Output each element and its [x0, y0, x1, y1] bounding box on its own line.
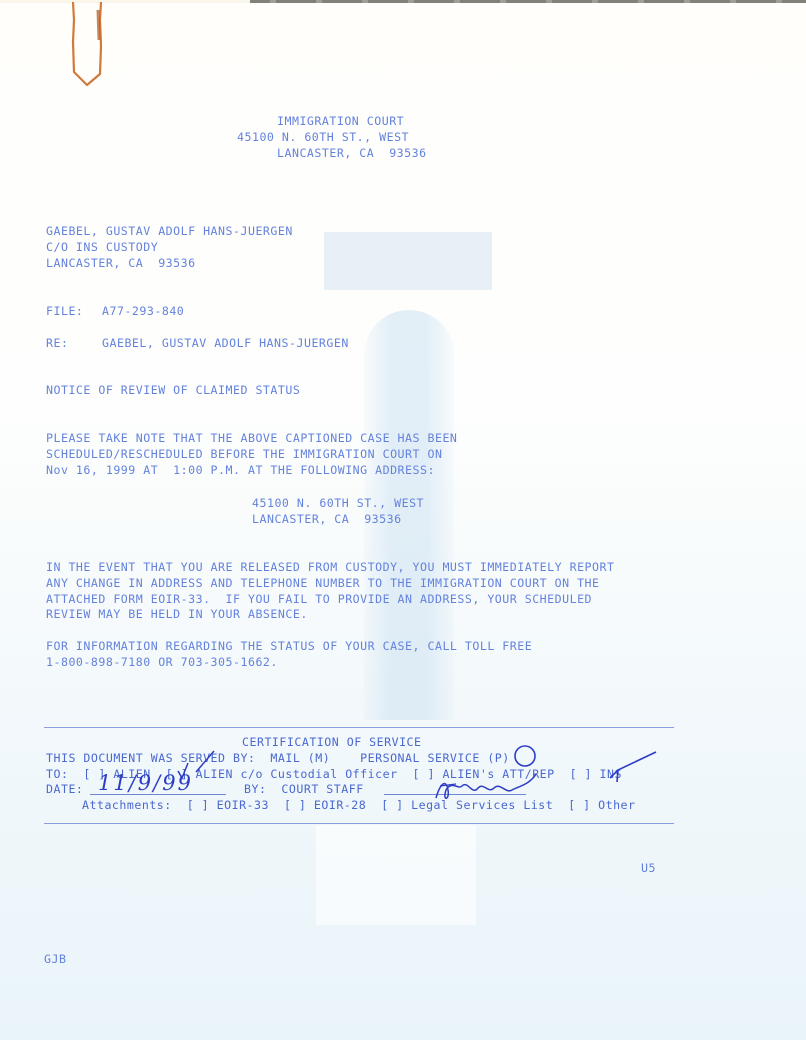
handwritten-marks-icon: [0, 0, 806, 1040]
footer-code-right: U5: [641, 861, 656, 877]
footer-code-left: GJB: [44, 952, 66, 968]
